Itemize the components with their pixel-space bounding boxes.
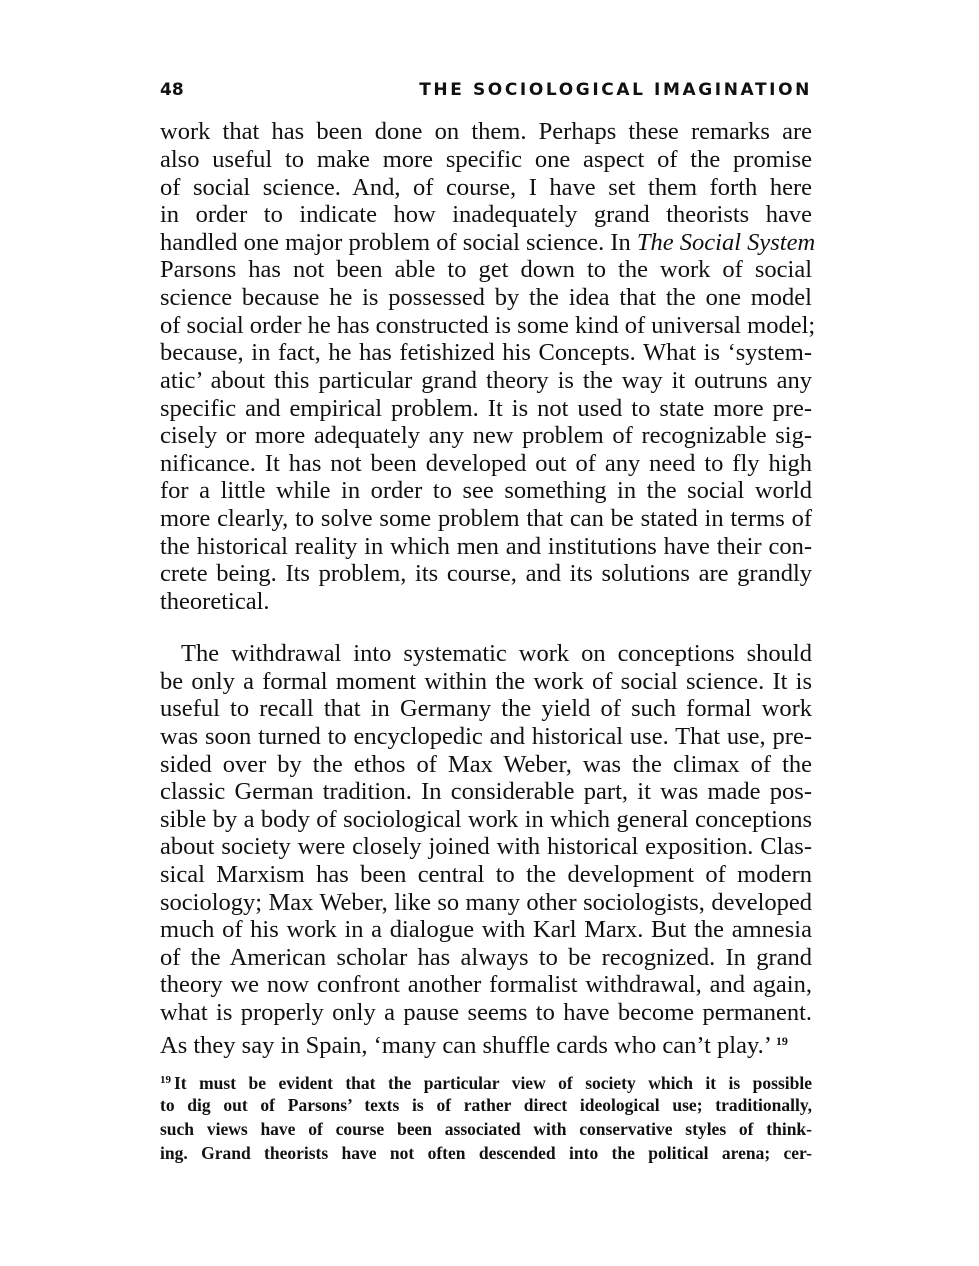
text-line: more clearly, to solve some problem that… — [160, 505, 812, 533]
text-segment: It must be evident that the particular v… — [174, 1073, 812, 1093]
footnote-line: ing. Grand theorists have not often desc… — [160, 1141, 812, 1165]
footnote-line: such views have of course been associate… — [160, 1117, 812, 1141]
text-line: in order to indicate how inadequately gr… — [160, 201, 812, 229]
text-line: of social science. And, of course, I hav… — [160, 174, 812, 202]
page-number: 48 — [160, 80, 184, 100]
book-page: 48 THE SOCIOLOGICAL IMAGINATION work tha… — [0, 0, 979, 1266]
text-line: nificance. It has not been developed out… — [160, 450, 812, 478]
footnote-line: 19It must be evident that the particular… — [160, 1068, 812, 1095]
text-line: sible by a body of sociological work in … — [160, 806, 812, 834]
running-head: 48 THE SOCIOLOGICAL IMAGINATION — [160, 80, 812, 104]
text-line: also useful to make more specific one as… — [160, 146, 812, 174]
book-title: THE SOCIOLOGICAL IMAGINATION — [419, 80, 812, 100]
text-line: crete being. Its problem, its course, an… — [160, 560, 812, 588]
text-line: theory we now confront another formalist… — [160, 971, 812, 999]
footnote-reference[interactable]: 19 — [776, 1034, 788, 1048]
text-line: much of his work in a dialogue with Karl… — [160, 916, 812, 944]
text-segment: As they say in Spain, ‘many can shuffle … — [160, 1032, 772, 1059]
text-line: of the American scholar has always to be… — [160, 944, 812, 972]
text-line: sided over by the ethos of Max Weber, wa… — [160, 751, 812, 779]
text-segment: handled one major problem of social scie… — [160, 229, 631, 256]
text-line: handled one major problem of social scie… — [160, 229, 812, 257]
text-line: Parsons has not been able to get down to… — [160, 256, 812, 284]
text-line: specific and empirical problem. It is no… — [160, 395, 812, 423]
text-line: be only a formal moment within the work … — [160, 668, 812, 696]
text-line: the historical reality in which men and … — [160, 533, 812, 561]
text-line: The withdrawal into systematic work on c… — [181, 640, 812, 668]
text-line: As they say in Spain, ‘many can shuffle … — [160, 1027, 812, 1060]
text-line: about society were closely joined with h… — [160, 833, 812, 861]
text-line: was soon turned to encyclopedic and hist… — [160, 723, 812, 751]
text-line: atic’ about this particular grand theory… — [160, 367, 812, 395]
text-line: useful to recall that in Germany the yie… — [160, 695, 812, 723]
text-line: classic German tradition. In considerabl… — [160, 778, 812, 806]
text-line: science because he is possessed by the i… — [160, 284, 812, 312]
italic-book-title: The Social System — [637, 229, 815, 256]
text-line: theoretical. — [160, 588, 812, 616]
footnote-marker: 19 — [160, 1074, 171, 1086]
text-line: because, in fact, he has fetishized his … — [160, 339, 812, 367]
text-line: what is properly only a pause seems to h… — [160, 999, 812, 1027]
footnote-line: to dig out of Parsons’ texts is of rathe… — [160, 1093, 812, 1117]
text-line: cisely or more adequately any new proble… — [160, 422, 812, 450]
text-line: sociology; Max Weber, like so many other… — [160, 889, 812, 917]
text-line: sical Marxism has been central to the de… — [160, 861, 812, 889]
text-line: of social order he has constructed is so… — [160, 312, 812, 340]
text-line: for a little while in order to see somet… — [160, 477, 812, 505]
text-line: work that has been done on them. Perhaps… — [160, 118, 812, 146]
